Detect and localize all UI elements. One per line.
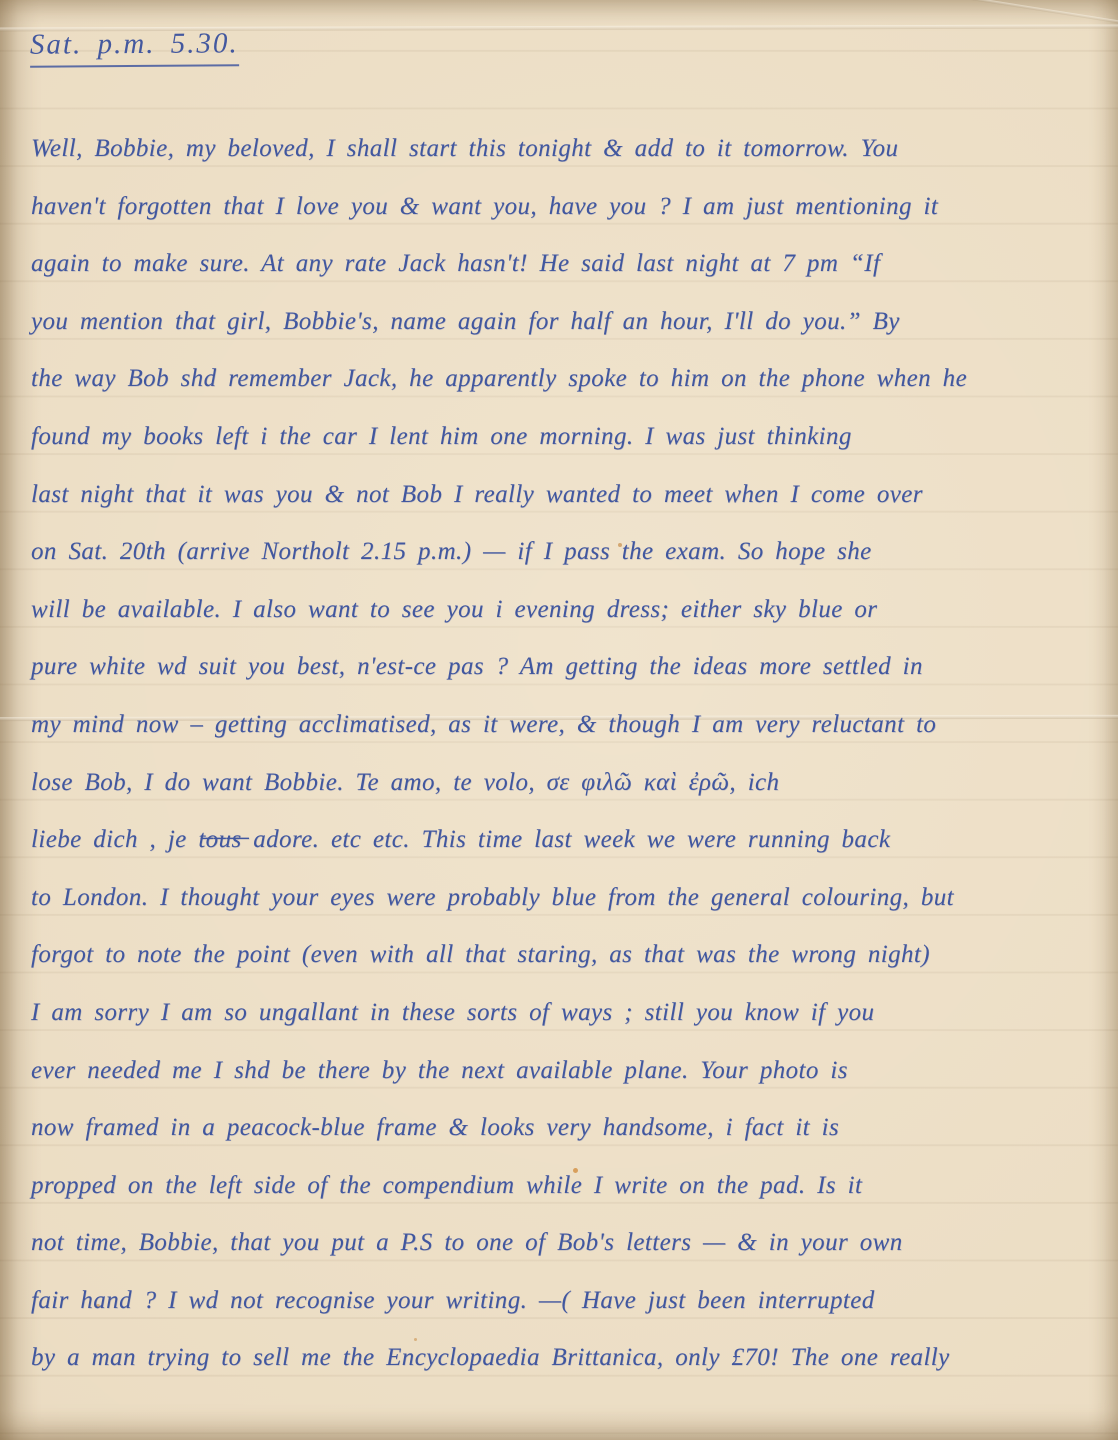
letter-line: will be available. I also want to see yo… <box>31 581 1085 639</box>
letter-line: liebe dich , je t̶o̶u̶s̶ adore. etc etc.… <box>31 811 1085 869</box>
letter-line: by a man trying to sell me the Encyclopa… <box>31 1329 1085 1387</box>
letter-line: to London. I thought your eyes were prob… <box>31 869 1085 927</box>
letter-body: Well, Bobbie, my beloved, I shall start … <box>31 120 1085 1387</box>
letter-line: again to make sure. At any rate Jack has… <box>31 235 1085 293</box>
letter-line: ever needed me I shd be there by the nex… <box>31 1042 1085 1100</box>
letter-line: last night that it was you & not Bob I r… <box>31 466 1085 524</box>
letter-line: Well, Bobbie, my beloved, I shall start … <box>31 120 1085 178</box>
letter-line: you mention that girl, Bobbie's, name ag… <box>31 293 1085 351</box>
letter-line: the way Bob shd remember Jack, he appare… <box>31 350 1085 408</box>
letter-line: pure white wd suit you best, n'est-ce pa… <box>31 638 1085 696</box>
letter-line: not time, Bobbie, that you put a P.S to … <box>31 1214 1085 1272</box>
letter-line: on Sat. 20th (arrive Northolt 2.15 p.m.)… <box>31 523 1085 581</box>
letter-line: propped on the left side of the compendi… <box>31 1157 1085 1215</box>
letter-line: haven't forgotten that I love you & want… <box>31 178 1085 236</box>
letter-paper: Sat. p.m. 5.30. Well, Bobbie, my beloved… <box>0 0 1118 1440</box>
letter-line: found my books left i the car I lent him… <box>31 408 1085 466</box>
letter-line: now framed in a peacock-blue frame & loo… <box>31 1099 1085 1157</box>
letter-line: lose Bob, I do want Bobbie. Te amo, te v… <box>31 754 1085 812</box>
letter-line: forgot to note the point (even with all … <box>31 926 1085 984</box>
letter-line: my mind now – getting acclimatised, as i… <box>31 696 1085 754</box>
letter-line: fair hand ? I wd not recognise your writ… <box>31 1272 1085 1330</box>
letter-line: I am sorry I am so ungallant in these so… <box>31 984 1085 1042</box>
letter-dateline-text: Sat. p.m. 5.30. <box>30 27 239 67</box>
letter-dateline: Sat. p.m. 5.30. <box>30 28 239 67</box>
